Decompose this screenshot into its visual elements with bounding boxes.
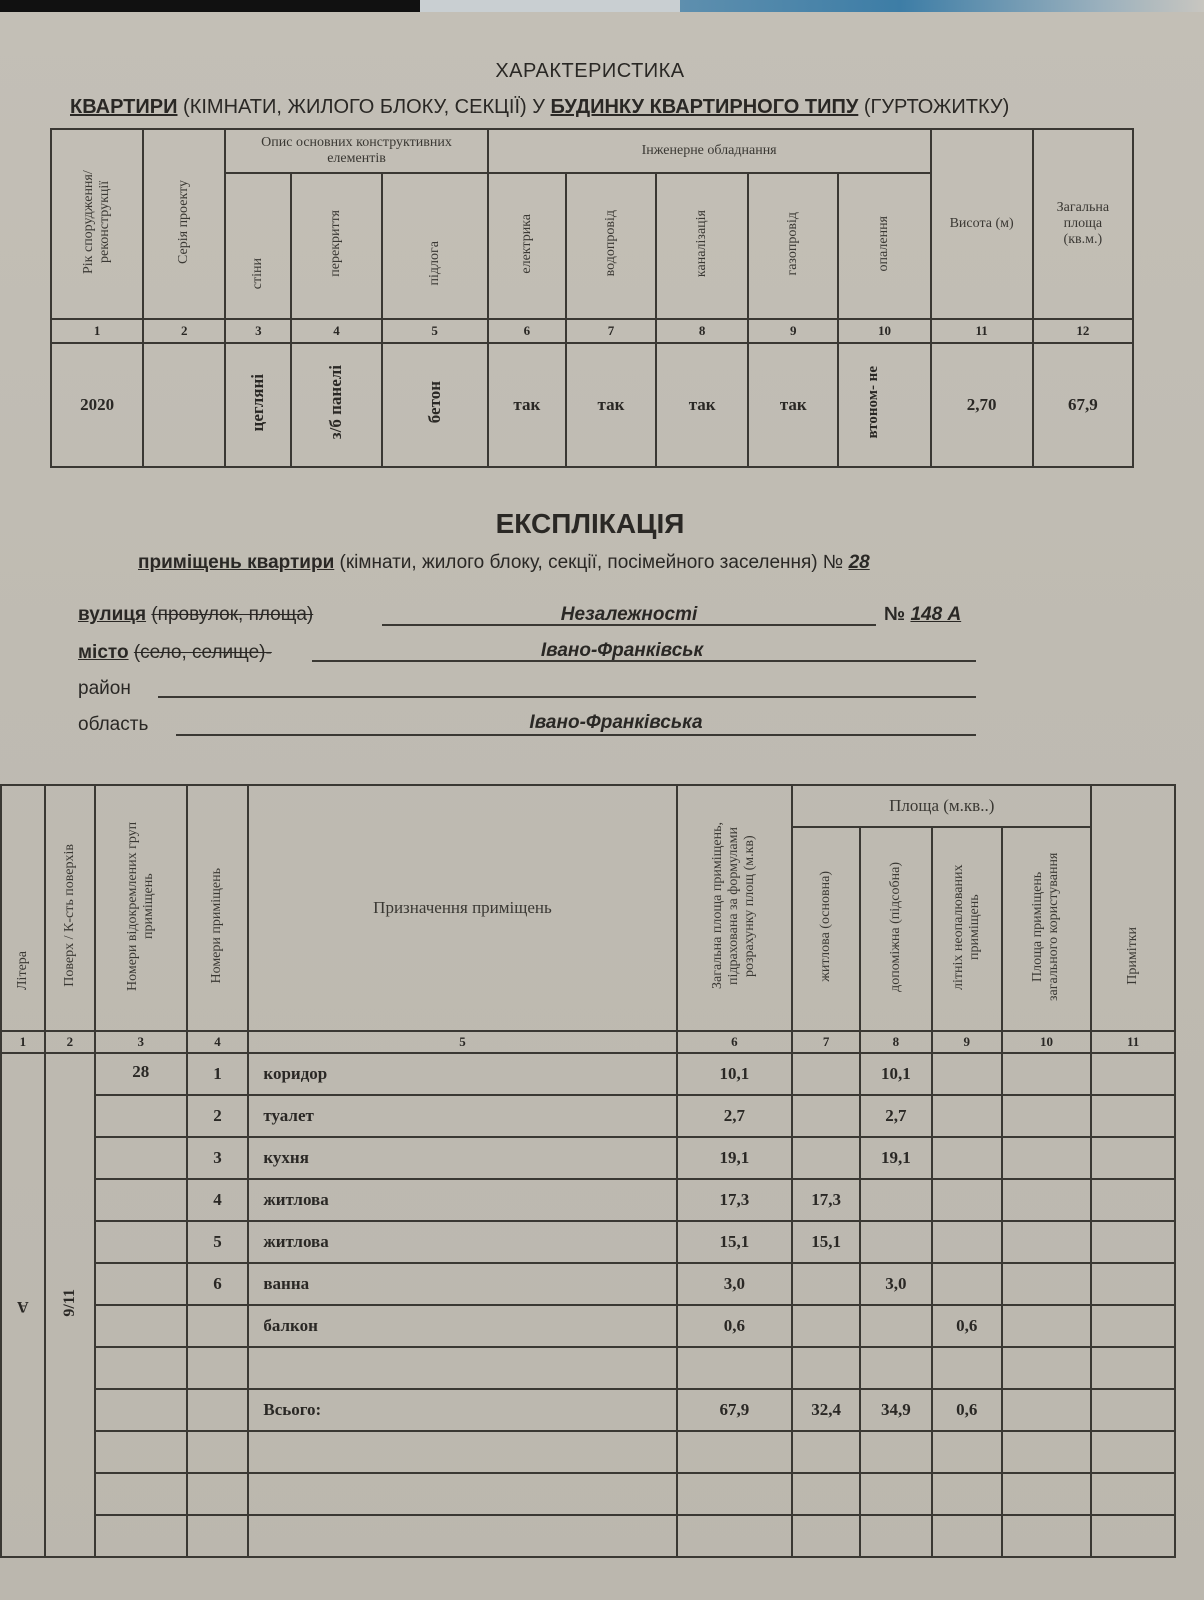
cell-heating: втоном- не — [838, 343, 930, 467]
cell-aux — [860, 1347, 932, 1389]
col-num: 2 — [45, 1031, 95, 1053]
rooms-table: Літера Поверх / К-сть поверхів Номери ві… — [0, 784, 1176, 1558]
cell-group-number — [95, 1221, 187, 1263]
street-row: вулиця (провулок, площа) — [78, 604, 313, 634]
cell-living: 32,4 — [792, 1389, 860, 1431]
cell-series — [143, 343, 225, 467]
cell-room-no — [187, 1431, 249, 1473]
cell-group-number — [95, 1431, 187, 1473]
cell-summer — [932, 1263, 1002, 1305]
cell-notes — [1091, 1347, 1175, 1389]
header-total-area: Загальна площа приміщень, підрахована за… — [677, 785, 793, 1031]
cell-total: 67,9 — [677, 1389, 793, 1431]
cell-summer — [932, 1431, 1002, 1473]
header-litera: Літера — [1, 785, 45, 1031]
cell-group-number — [95, 1095, 187, 1137]
cell-aux: 34,9 — [860, 1389, 932, 1431]
cell-room-no: 3 — [187, 1137, 249, 1179]
cell-summer — [932, 1347, 1002, 1389]
cell-group-number — [95, 1179, 187, 1221]
city-struck: (село, селище)- — [134, 642, 272, 663]
header-notes: Примітки — [1091, 785, 1175, 1031]
cell-litera: А — [1, 1053, 45, 1557]
cell-living — [792, 1431, 860, 1473]
cell-group-number — [95, 1515, 187, 1557]
col-num: 4 — [187, 1031, 249, 1053]
characteristic-subtitle: КВАРТИРИ (КІМНАТИ, ЖИЛОГО БЛОКУ, СЕКЦІЇ)… — [70, 96, 1130, 119]
cell-aux — [860, 1431, 932, 1473]
cell-room-no — [187, 1515, 249, 1557]
cell-summer — [932, 1095, 1002, 1137]
characteristic-title: ХАРАКТЕРИСТИКА — [0, 60, 1180, 83]
cell-group-number — [95, 1347, 187, 1389]
cell-common — [1002, 1179, 1092, 1221]
table-row: балкон0,60,6 — [1, 1305, 1175, 1347]
column-numbers-row: 1 2 3 4 5 6 7 8 9 10 11 — [1, 1031, 1175, 1053]
cell-aux: 3,0 — [860, 1263, 932, 1305]
cell-water: так — [566, 343, 656, 467]
cell-common — [1002, 1137, 1092, 1179]
cell-total — [677, 1431, 793, 1473]
table-row: 6ванна3,03,0 — [1, 1263, 1175, 1305]
col-num: 11 — [931, 319, 1033, 343]
cell-living: 15,1 — [792, 1221, 860, 1263]
subtitle-building: БУДИНКУ КВАРТИРНОГО ТИПУ — [551, 96, 859, 118]
table-row: 5житлова15,115,1 — [1, 1221, 1175, 1263]
cell-room-no — [187, 1473, 249, 1515]
col-num: 7 — [792, 1031, 860, 1053]
characteristic-data-row: 2020 цегляні з/б панелі бетон так так та… — [51, 343, 1133, 467]
header-floor: Поверх / К-сть поверхів — [45, 785, 95, 1031]
house-row: № 148 А — [884, 604, 961, 634]
header-summer: літніх неопалюваних приміщень — [932, 827, 1002, 1031]
cell-room-no: 2 — [187, 1095, 249, 1137]
cell-aux — [860, 1515, 932, 1557]
table-row: Всього:67,932,434,90,6 — [1, 1389, 1175, 1431]
cell-ceilings: з/б панелі — [291, 343, 381, 467]
cell-total: 0,6 — [677, 1305, 793, 1347]
col-num: 9 — [932, 1031, 1002, 1053]
cell-room-name — [248, 1347, 676, 1389]
cell-total — [677, 1515, 793, 1557]
cell-room-no: 5 — [187, 1221, 249, 1263]
cell-living — [792, 1137, 860, 1179]
col-num: 3 — [95, 1031, 187, 1053]
characteristic-table: Рік спорудження/ реконструкції Серія про… — [50, 128, 1134, 468]
cell-aux — [860, 1305, 932, 1347]
subtitle-apartment: КВАРТИРИ — [70, 96, 177, 118]
cell-notes — [1091, 1221, 1175, 1263]
col-num: 6 — [677, 1031, 793, 1053]
col-num: 8 — [860, 1031, 932, 1053]
cell-room-no: 6 — [187, 1263, 249, 1305]
street-struck: (провулок, площа) — [151, 604, 313, 625]
cell-group-number — [95, 1473, 187, 1515]
table-row — [1, 1347, 1175, 1389]
cell-common — [1002, 1305, 1092, 1347]
cell-notes — [1091, 1179, 1175, 1221]
cell-total — [677, 1473, 793, 1515]
header-heating: опалення — [838, 173, 930, 319]
cell-aux — [860, 1221, 932, 1263]
cell-room-no — [187, 1389, 249, 1431]
col-num: 10 — [1002, 1031, 1092, 1053]
cell-group-number — [95, 1389, 187, 1431]
subtitle-rest: (кімнати, жилого блоку, секції, посімейн… — [334, 552, 848, 573]
header-purpose: Призначення приміщень — [248, 785, 676, 1031]
col-num: 1 — [51, 319, 143, 343]
cell-living — [792, 1473, 860, 1515]
cell-aux: 2,7 — [860, 1095, 932, 1137]
cell-summer — [932, 1179, 1002, 1221]
cell-floor: бетон — [382, 343, 488, 467]
district-line — [158, 696, 976, 698]
cell-total: 10,1 — [677, 1053, 793, 1095]
cell-room-name: балкон — [248, 1305, 676, 1347]
cell-room-name — [248, 1431, 676, 1473]
cell-aux — [860, 1473, 932, 1515]
cell-room-name: кухня — [248, 1137, 676, 1179]
street-value: Незалежності — [382, 604, 876, 626]
cell-common — [1002, 1473, 1092, 1515]
cell-notes — [1091, 1053, 1175, 1095]
cell-notes — [1091, 1305, 1175, 1347]
subtitle-part4: (ГУРТОЖИТКУ) — [858, 96, 1009, 118]
cell-common — [1002, 1515, 1092, 1557]
cell-notes — [1091, 1389, 1175, 1431]
header-year: Рік спорудження/ реконструкції — [51, 129, 143, 319]
cell-group-number — [95, 1305, 187, 1347]
table-row — [1, 1473, 1175, 1515]
cell-living — [792, 1305, 860, 1347]
cell-room-name: туалет — [248, 1095, 676, 1137]
header-total-area: Загальна площа (кв.м.) — [1033, 129, 1133, 319]
col-num: 12 — [1033, 319, 1133, 343]
table-row: 3кухня19,119,1 — [1, 1137, 1175, 1179]
table-row — [1, 1431, 1175, 1473]
col-num: 8 — [656, 319, 748, 343]
cell-total: 19,1 — [677, 1137, 793, 1179]
header-area-group: Площа (м.кв..) — [792, 785, 1091, 827]
cell-aux: 10,1 — [860, 1053, 932, 1095]
district-label: район — [78, 678, 131, 699]
subtitle-part2: (КІМНАТИ, ЖИЛОГО БЛОКУ, СЕКЦІЇ) У — [177, 96, 550, 118]
header-structural-group: Опис основних конструктивних елементів — [225, 129, 487, 173]
cell-summer — [932, 1473, 1002, 1515]
col-num: 2 — [143, 319, 225, 343]
cell-floor: 9/11 — [45, 1053, 95, 1557]
apartment-number: 28 — [849, 552, 870, 573]
cell-room-no: 4 — [187, 1179, 249, 1221]
cell-living — [792, 1515, 860, 1557]
explication-subtitle: приміщень квартири (кімнати, жилого блок… — [138, 552, 870, 574]
cell-total: 17,3 — [677, 1179, 793, 1221]
cell-living — [792, 1347, 860, 1389]
cell-summer: 0,6 — [932, 1389, 1002, 1431]
cell-living — [792, 1263, 860, 1305]
header-floor: підлога — [382, 173, 488, 319]
cell-year: 2020 — [51, 343, 143, 467]
cell-height: 2,70 — [931, 343, 1033, 467]
region-label: область — [78, 714, 148, 735]
cell-room-name: коридор — [248, 1053, 676, 1095]
house-value: 148 А — [910, 604, 961, 625]
header-common: Площа приміщень загального користування — [1002, 827, 1092, 1031]
cell-aux — [860, 1179, 932, 1221]
cell-notes — [1091, 1095, 1175, 1137]
city-value: Івано-Франківськ — [312, 640, 932, 662]
cell-room-name: житлова — [248, 1179, 676, 1221]
subtitle-rooms: приміщень квартири — [138, 552, 334, 573]
cell-group-number — [95, 1263, 187, 1305]
cell-total: 2,7 — [677, 1095, 793, 1137]
city-label: місто — [78, 642, 129, 663]
cell-room-no — [187, 1347, 249, 1389]
cell-aux: 19,1 — [860, 1137, 932, 1179]
header-sewage: каналізація — [656, 173, 748, 319]
header-group-numbers: Номери відокремлених груп приміщень — [95, 785, 187, 1031]
col-num: 5 — [382, 319, 488, 343]
cell-room-name: житлова — [248, 1221, 676, 1263]
col-num: 10 — [838, 319, 930, 343]
cell-room-name — [248, 1473, 676, 1515]
header-room-numbers: Номери приміщень — [187, 785, 249, 1031]
table-row: 4житлова17,317,3 — [1, 1179, 1175, 1221]
col-num: 9 — [748, 319, 838, 343]
cell-summer: 0,6 — [932, 1305, 1002, 1347]
house-label: № — [884, 604, 910, 625]
header-gas: газопровід — [748, 173, 838, 319]
region-line — [176, 734, 976, 736]
col-num: 1 — [1, 1031, 45, 1053]
header-ceilings: перекриття — [291, 173, 381, 319]
header-living: житлова (основна) — [792, 827, 860, 1031]
cell-sewage: так — [656, 343, 748, 467]
cell-living — [792, 1053, 860, 1095]
header-engineering-group: Інженерне обладнання — [488, 129, 931, 173]
column-numbers-row: 1 2 3 4 5 6 7 8 9 10 11 12 — [51, 319, 1133, 343]
col-num: 6 — [488, 319, 566, 343]
cell-common — [1002, 1221, 1092, 1263]
cell-gas: так — [748, 343, 838, 467]
col-num: 5 — [248, 1031, 676, 1053]
cell-room-no: 1 — [187, 1053, 249, 1095]
cell-common — [1002, 1431, 1092, 1473]
cell-common — [1002, 1053, 1092, 1095]
cell-room-name: Всього: — [248, 1389, 676, 1431]
cell-group-number — [95, 1137, 187, 1179]
table-row: 2туалет2,72,7 — [1, 1095, 1175, 1137]
cell-common — [1002, 1095, 1092, 1137]
cell-notes — [1091, 1515, 1175, 1557]
cell-common — [1002, 1347, 1092, 1389]
cell-summer — [932, 1221, 1002, 1263]
cell-electricity: так — [488, 343, 566, 467]
cell-summer — [932, 1137, 1002, 1179]
cell-room-name: ванна — [248, 1263, 676, 1305]
table-row — [1, 1515, 1175, 1557]
header-electricity: електрика — [488, 173, 566, 319]
header-series: Серія проекту — [143, 129, 225, 319]
cell-total-area: 67,9 — [1033, 343, 1133, 467]
cell-total — [677, 1347, 793, 1389]
cell-living: 17,3 — [792, 1179, 860, 1221]
cell-summer — [932, 1053, 1002, 1095]
explication-title: ЕКСПЛІКАЦІЯ — [0, 508, 1180, 540]
cell-notes — [1091, 1137, 1175, 1179]
cell-notes — [1091, 1263, 1175, 1305]
cell-summer — [932, 1515, 1002, 1557]
region-row: область — [78, 714, 148, 744]
col-num: 3 — [225, 319, 291, 343]
header-water: водопровід — [566, 173, 656, 319]
col-num: 7 — [566, 319, 656, 343]
city-row: місто (село, селище)- — [78, 642, 272, 672]
cell-walls: цегляні — [225, 343, 291, 467]
table-row: А9/11281коридор10,110,1 — [1, 1053, 1175, 1095]
district-row: район — [78, 678, 131, 708]
cell-group-number: 28 — [95, 1053, 187, 1095]
region-value: Івано-Франківська — [176, 712, 1056, 734]
cell-notes — [1091, 1473, 1175, 1515]
header-walls: стіни — [225, 173, 291, 319]
cell-room-no — [187, 1305, 249, 1347]
cell-common — [1002, 1389, 1092, 1431]
col-num: 11 — [1091, 1031, 1175, 1053]
header-auxiliary: допоміжна (підсобна) — [860, 827, 932, 1031]
col-num: 4 — [291, 319, 381, 343]
cell-common — [1002, 1263, 1092, 1305]
cell-notes — [1091, 1431, 1175, 1473]
cell-room-name — [248, 1515, 676, 1557]
cell-total: 15,1 — [677, 1221, 793, 1263]
cell-total: 3,0 — [677, 1263, 793, 1305]
header-height: Висота (м) — [931, 129, 1033, 319]
cell-living — [792, 1095, 860, 1137]
street-label: вулиця — [78, 604, 146, 625]
